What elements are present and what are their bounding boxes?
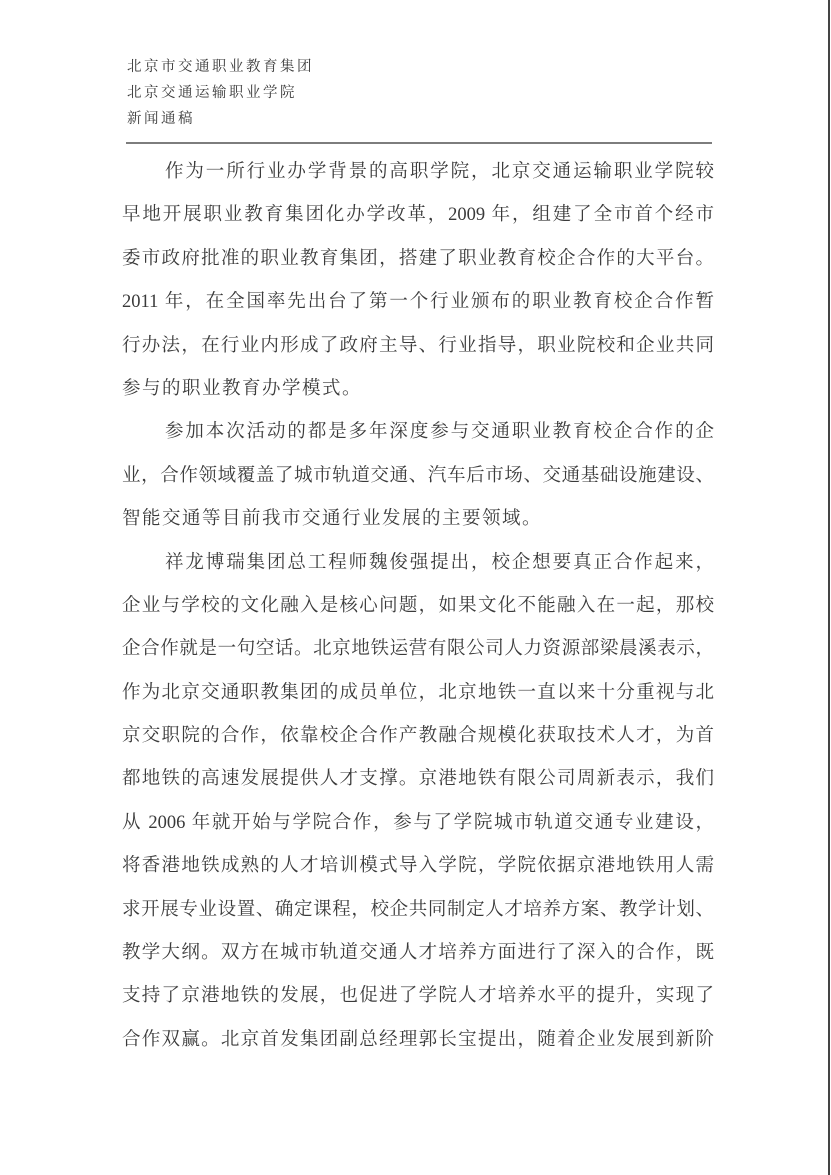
- letterhead: 北京市交通职业教育集团 北京交通运输职业学院 新闻通稿: [127, 54, 314, 132]
- body-line: 智能交通等目前我市交通行业发展的主要领域。: [122, 498, 714, 541]
- body-line: 从 2006 年就开始与学院合作，参与了学院城市轨道交通专业建设，: [122, 802, 714, 845]
- body-line: 将香港地铁成熟的人才培训模式导入学院，学院依据京港地铁用人需: [122, 845, 714, 888]
- body-line: 企业与学校的文化融入是核心问题，如果文化不能融入在一起，那校: [122, 585, 714, 628]
- document-page: 北京市交通职业教育集团 北京交通运输职业学院 新闻通稿 作为一所行业办学背景的高…: [0, 0, 831, 1175]
- letterhead-doc-type: 新闻通稿: [127, 106, 314, 132]
- body-line: 祥龙博瑞集团总工程师魏俊强提出，校企想要真正合作起来，: [122, 542, 714, 585]
- body-line: 支持了京港地铁的发展，也促进了学院人才培养水平的提升，实现了: [122, 975, 714, 1018]
- body-line: 都地铁的高速发展提供人才支撑。京港地铁有限公司周新表示，我们: [122, 758, 714, 801]
- body-line: 作为北京交通职教集团的成员单位，北京地铁一直以来十分重视与北: [122, 672, 714, 715]
- body-line: 2011 年，在全国率先出台了第一个行业颁布的职业教育校企合作暂: [122, 281, 714, 324]
- body-line: 作为一所行业办学背景的高职学院，北京交通运输职业学院较: [122, 151, 714, 194]
- page-right-edge-line: [828, 0, 830, 1175]
- body-line: 参加本次活动的都是多年深度参与交通职业教育校企合作的企: [122, 411, 714, 454]
- body-line: 求开展专业设置、确定课程，校企共同制定人才培养方案、教学计划、: [122, 889, 714, 932]
- letterhead-college-name: 北京交通运输职业学院: [127, 80, 314, 106]
- letterhead-org-name: 北京市交通职业教育集团: [127, 54, 314, 80]
- body-line: 合作双赢。北京首发集团副总经理郭长宝提出，随着企业发展到新阶: [122, 1019, 714, 1062]
- body-line: 教学大纲。双方在城市轨道交通人才培养方面进行了深入的合作，既: [122, 932, 714, 975]
- body-line: 参与的职业教育办学模式。: [122, 368, 714, 411]
- article-body: 作为一所行业办学背景的高职学院，北京交通运输职业学院较 早地开展职业教育集团化办…: [122, 151, 714, 1062]
- body-line: 行办法，在行业内形成了政府主导、行业指导，职业院校和企业共同: [122, 325, 714, 368]
- body-line: 委市政府批准的职业教育集团，搭建了职业教育校企合作的大平台。: [122, 238, 714, 281]
- body-line: 京交职院的合作，依靠校企合作产教融合规模化获取技术人才，为首: [122, 715, 714, 758]
- body-line: 早地开展职业教育集团化办学改革，2009 年，组建了全市首个经市: [122, 194, 714, 237]
- body-line: 企合作就是一句空话。北京地铁运营有限公司人力资源部梁晨溪表示，: [122, 628, 714, 671]
- body-line: 业，合作领域覆盖了城市轨道交通、汽车后市场、交通基础设施建设、: [122, 455, 714, 498]
- letterhead-divider: [126, 142, 712, 144]
